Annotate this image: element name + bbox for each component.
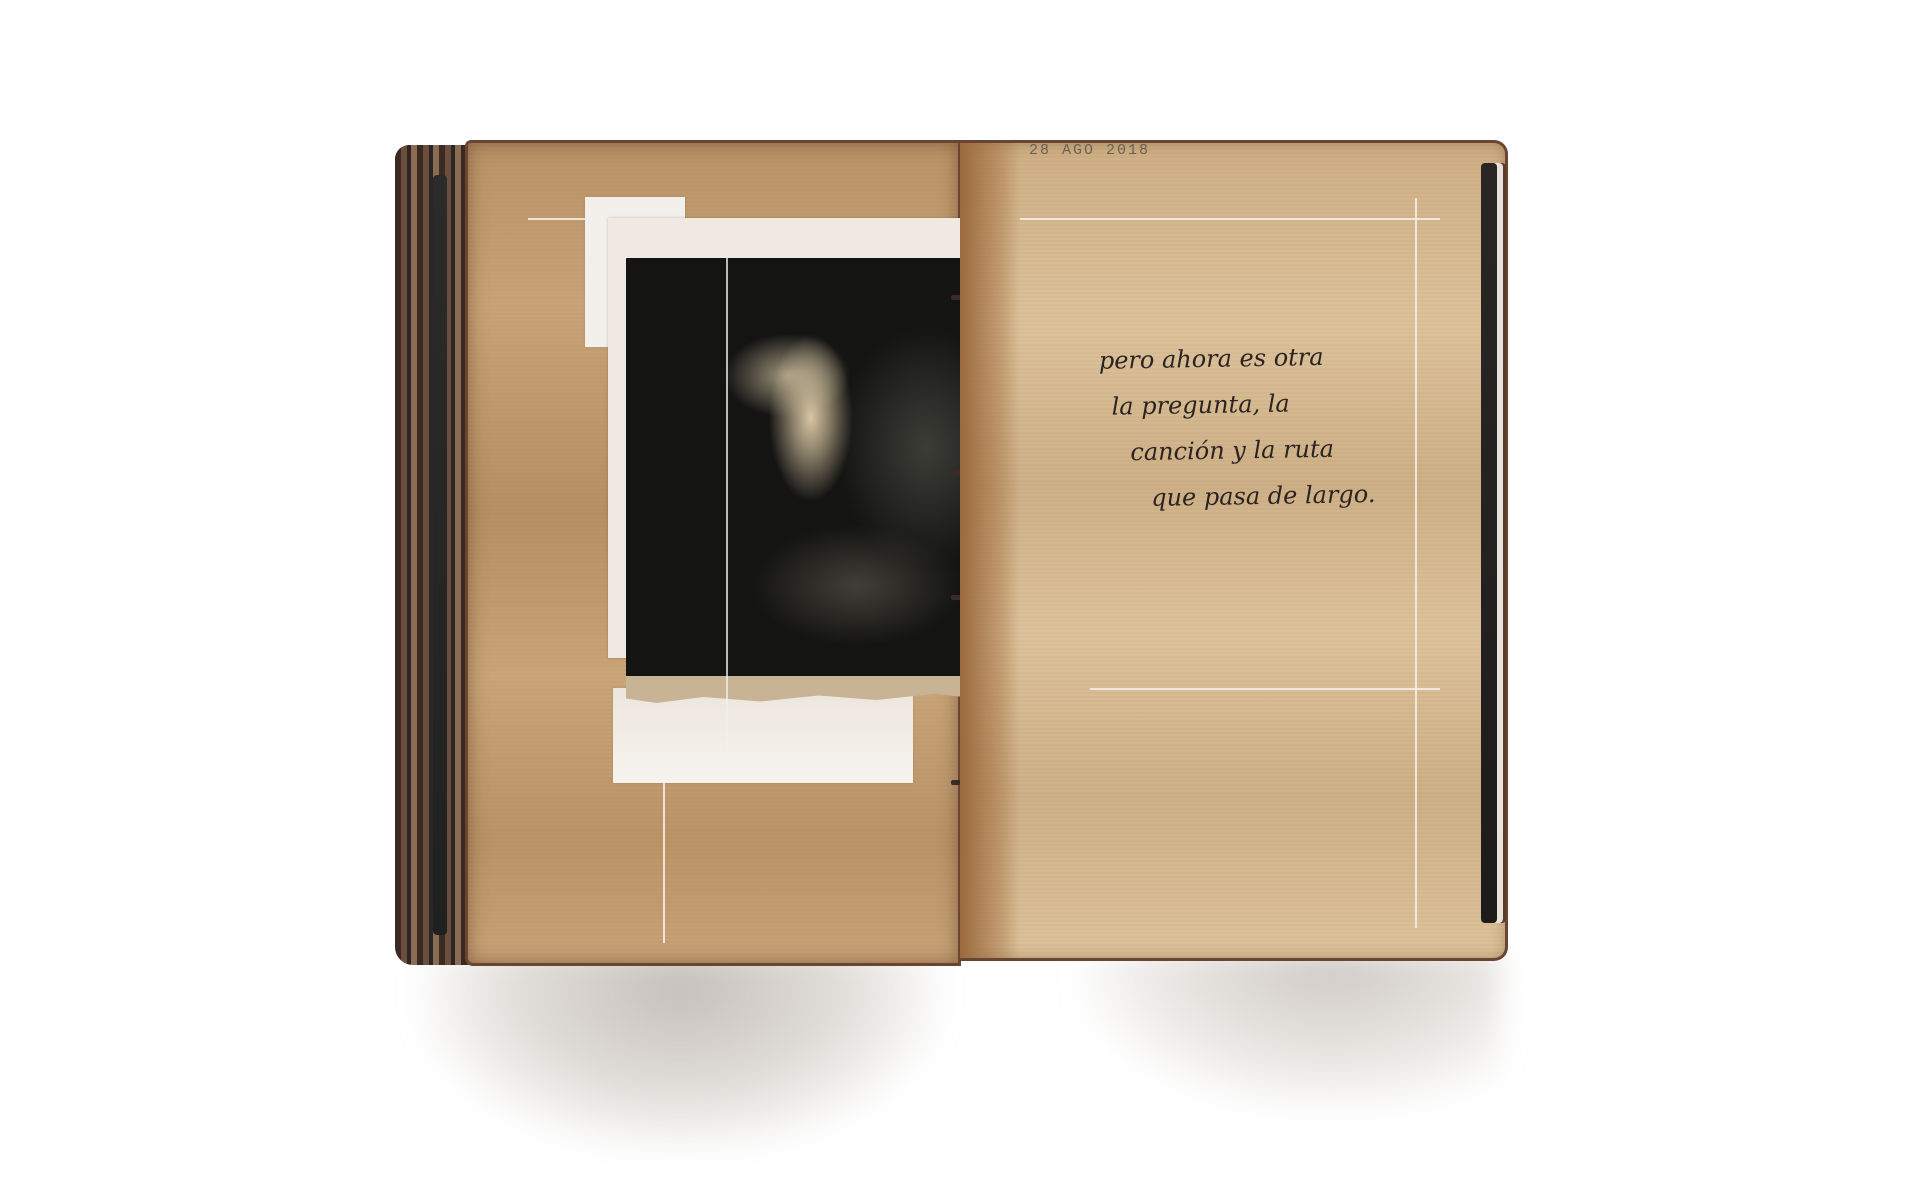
- open-journal: 28 AGO 2018 pero ahora es otra la pregun…: [395, 130, 1505, 970]
- photo-crack-line: [726, 258, 728, 758]
- forest-photograph: [626, 258, 1011, 678]
- date-stamp: 28 AGO 2018: [1029, 142, 1150, 159]
- poem-line: que pasa de largo.: [1151, 470, 1422, 521]
- handwritten-poem: pero ahora es otra la pregunta, la canci…: [1098, 332, 1421, 522]
- poem-line: canción y la ruta: [1130, 424, 1421, 475]
- scored-line-bottom: [1090, 688, 1440, 690]
- left-page: [465, 140, 961, 966]
- gutter-stain: [960, 143, 1020, 958]
- poem-line: pero ahora es otra: [1098, 332, 1419, 384]
- scored-line-top: [1020, 218, 1440, 220]
- page-edge-right: [1481, 163, 1497, 923]
- scored-line-margin: [1415, 198, 1417, 928]
- book-shadow-right: [1080, 950, 1500, 1110]
- poem-line: la pregunta, la: [1111, 378, 1420, 429]
- photo-scene: 28 AGO 2018 pero ahora es otra la pregun…: [0, 0, 1914, 1200]
- book-shadow-left: [420, 950, 940, 1150]
- right-page: [960, 140, 1508, 961]
